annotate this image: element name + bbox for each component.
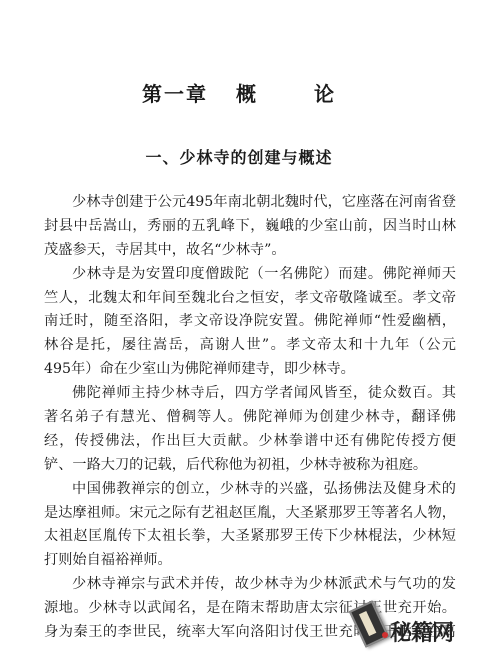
text-line: 经，传授佛法，作出巨大贡献。少林拳谱中还有佛陀传授方便	[44, 430, 456, 454]
book-icon	[349, 600, 389, 647]
text-line: 竺人，北魏太和年间至魏北台之恒安，孝文帝敬隆诚至。孝文帝	[44, 287, 456, 311]
section-title: 一、少林寺的创建与概述	[0, 145, 478, 168]
text-line: 佛陀禅师主持少林寺后，四方学者闻风皆至，徒众数百。其	[44, 382, 456, 406]
chapter-name-char-2: 论	[314, 82, 336, 106]
text-line: 中国佛教禅宗的创立，少林寺的兴盛，弘扬佛法及健身术的	[44, 478, 456, 502]
text-line: 铲、一路大刀的记载，后代称他为初祖，少林寺被称为祖庭。	[44, 454, 456, 478]
chapter-name-char-1: 概	[236, 82, 258, 106]
red-seal-dot-icon	[382, 632, 388, 638]
text-line: 茂盛参天，寺居其中，故名“少林寺”。	[44, 239, 456, 263]
text-line: 495年）命在少室山为佛陀禅师建寺，即少林寺。	[44, 358, 456, 382]
text-line: 少林寺禅宗与武术并传，故少林寺为少林派武术与气功的发	[44, 573, 456, 597]
text-line: 太祖赵匡胤传下太祖长拳，大圣紧那罗王传下少林棍法，少林短	[44, 525, 456, 549]
watermark-text: 秘籍网	[390, 616, 453, 647]
text-line: 少林寺是为安置印度僧跋陀（一名佛陀）而建。佛陀禅师天	[44, 263, 456, 287]
chapter-title: 第一章概论	[0, 78, 478, 107]
text-line: 打则始自福裕禅师。	[44, 549, 456, 573]
text-line: 少林寺创建于公元495年南北朝北魏时代，它座落在河南省登	[44, 191, 456, 215]
text-line: 南迁时，随至洛阳，孝文帝设净院安置。佛陀禅师“性爱幽栖，	[44, 310, 456, 334]
text-line: 林谷是托，屡往嵩岳，高谢人世”。孝文帝太和十九年（公元	[44, 334, 456, 358]
watermark-logo: 秘籍网	[348, 602, 468, 652]
chapter-number: 第一章	[142, 82, 208, 106]
text-line: 是达摩祖师。宋元之际有艺祖赵匡胤，大圣紧那罗王等著名人物，	[44, 502, 456, 526]
text-line: 封县中岳嵩山，秀丽的五乳峰下，巍峨的少室山前，因当时山林	[44, 215, 456, 239]
body-text: 少林寺创建于公元495年南北朝北魏时代，它座落在河南省登封县中岳嵩山，秀丽的五乳…	[44, 191, 456, 645]
text-line: 著名弟子有慧光、僧稠等人。佛陀禅师为创建少林寺，翻译佛	[44, 406, 456, 430]
